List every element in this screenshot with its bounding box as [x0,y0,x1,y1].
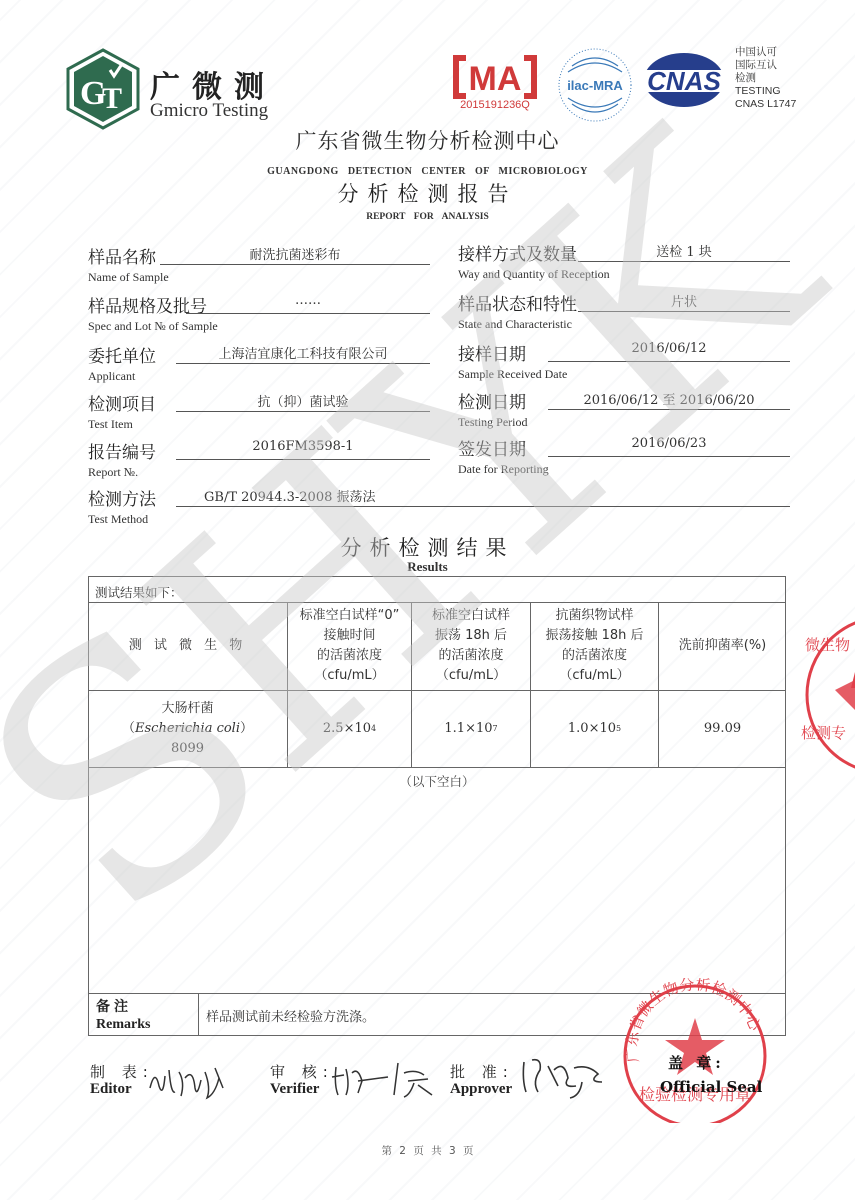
header-cell-blank-0h: 标准空白试样“0” 接触时间 的活菌浓度 （cfu/mL） [288,602,411,690]
organism-latin: （Escherichia coli） [122,719,253,739]
field-label-en: Sample Received Date [458,367,567,382]
field-underline [548,409,790,410]
ilac-mra-icon: ilac-MRA [556,46,634,124]
seal-label-en: Official Seal [660,1078,762,1096]
field-value: 上海洁宜康化工科技有限公司 [176,343,430,362]
report-title: 分析检测报告 [0,178,855,208]
field-label-en: Test Method [88,512,148,527]
blank-below-note: （以下空白） [88,772,786,790]
remarks-label-cn: 备注 [96,996,132,1016]
verifier-signature [328,1055,443,1100]
results-caption: 测试结果如下： [95,583,183,601]
field-value: 送检 1 块 [578,241,790,260]
editor-label-en: Editor [90,1081,132,1098]
field-label-cn: 检测项目 [88,390,156,415]
approver-signature [518,1052,613,1102]
field-label-cn: 接样方式及数量 [458,240,577,265]
header-cell-organism: 测 试 微 生 物 [88,602,287,690]
field-value: 2016/06/12 [548,341,790,356]
field-underline [176,363,430,364]
svg-text:T: T [102,82,122,115]
report-title-en: REPORT FOR ANALYSIS [0,212,855,222]
official-seal-icon: 广东省微生物分析检测中心 检验检测专用章 [610,978,780,1123]
field-label-en: State and Characteristic [458,317,572,332]
remarks-label-en: Remarks [96,1017,150,1033]
field-label-cn: 报告编号 [88,438,156,463]
header-cell-fabric-18h: 抗菌织物试样 振荡接触 18h 后 的活菌浓度 （cfu/mL） [531,602,658,690]
page-number: 第 2 页 共 3 页 [0,1143,855,1158]
svg-text:MA: MA [469,60,522,98]
field-value: 片状 [578,291,790,310]
cnas-accreditation-text: 中国认可 国际互认 检测 TESTING CNAS L1747 [735,46,796,111]
cross-page-seal-icon: 微生物 检测专 [795,610,855,780]
field-label-cn: 样品状态和特性 [458,290,577,315]
field-underline [176,459,430,460]
cma-code: 2015191236Q [451,99,539,111]
field-label-en: Date for Reporting [458,462,549,477]
value-fabric-18h: 1.0×105 [531,691,658,767]
results-title-en: Results [0,559,855,575]
field-label-cn: 委托单位 [88,342,156,367]
field-value: 2016FM3598-1 [176,439,430,454]
header-cell-blank-18h: 标准空白试样 振荡 18h 后 的活菌浓度 （cfu/mL） [412,602,530,690]
svg-text:微生物: 微生物 [805,636,850,654]
field-label-en: Testing Period [458,415,528,430]
verifier-label-cn: 审 核: [270,1061,334,1082]
svg-text:CNAS: CNAS [647,66,721,96]
gt-logo-icon: G T [66,48,140,130]
field-underline [548,361,790,362]
svg-text:ilac-MRA: ilac-MRA [567,78,623,93]
table-rule [88,767,786,768]
field-label-cn: 检测方法 [88,485,156,510]
seal-label-cn: 盖 章: [668,1052,725,1073]
center-name-en: GUANGDONG DETECTION CENTER OF MICROBIOLO… [0,166,855,177]
field-label-cn: 签发日期 [458,435,526,460]
field-label-en: Test Item [88,417,133,432]
field-underline [160,264,430,265]
results-title: 分析检测结果 [0,532,855,562]
value-blank-0h: 2.5×104 [288,691,411,767]
field-label-cn: 检测日期 [458,388,526,413]
field-underline [176,411,430,412]
field-underline [548,456,790,457]
svg-text:检测专: 检测专 [801,724,846,742]
field-value: GB/T 20944.3-2008 振荡法 [176,486,790,505]
cnas-logo-icon: CNAS [640,50,728,110]
field-value: 2016/06/12 至 2016/06/20 [548,389,790,408]
field-value: 耐洗抗菌迷彩布 [160,244,430,263]
field-underline [176,506,790,507]
field-label-en: Report №. [88,465,138,480]
value-inhibition-rate: 99.09 [659,691,786,767]
editor-signature [145,1058,230,1103]
value-blank-18h: 1.1×107 [412,691,530,767]
field-value: …… [186,293,430,308]
table-rule [198,993,199,1036]
verifier-label-en: Verifier [270,1081,319,1098]
field-label-en: Applicant [88,369,135,384]
field-value: 2016/06/23 [548,436,790,451]
remarks-text: 样品测试前未经检验方洗涤。 [206,1006,375,1025]
field-label-en: Spec and Lot № of Sample [88,319,218,334]
field-label-cn: 样品名称 [88,243,156,268]
approver-label-en: Approver [450,1081,512,1098]
field-underline [186,313,430,314]
field-underline [578,311,790,312]
field-label-en: Way and Quantity of Reception [458,267,610,282]
field-label-en: Name of Sample [88,270,169,285]
header-cell-inhibition-rate: 洗前抑菌率(%) [659,602,786,690]
field-underline [578,261,790,262]
field-value: 抗（抑）菌试验 [176,391,430,410]
approver-label-cn: 批 准: [450,1061,514,1082]
field-label-cn: 接样日期 [458,340,526,365]
logo-english-name: Gmicro Testing [150,100,268,122]
center-name-cn: 广东省微生物分析检测中心 [0,125,855,155]
table-row-organism: 大肠杆菌 （Escherichia coli） 8099 [88,691,287,767]
